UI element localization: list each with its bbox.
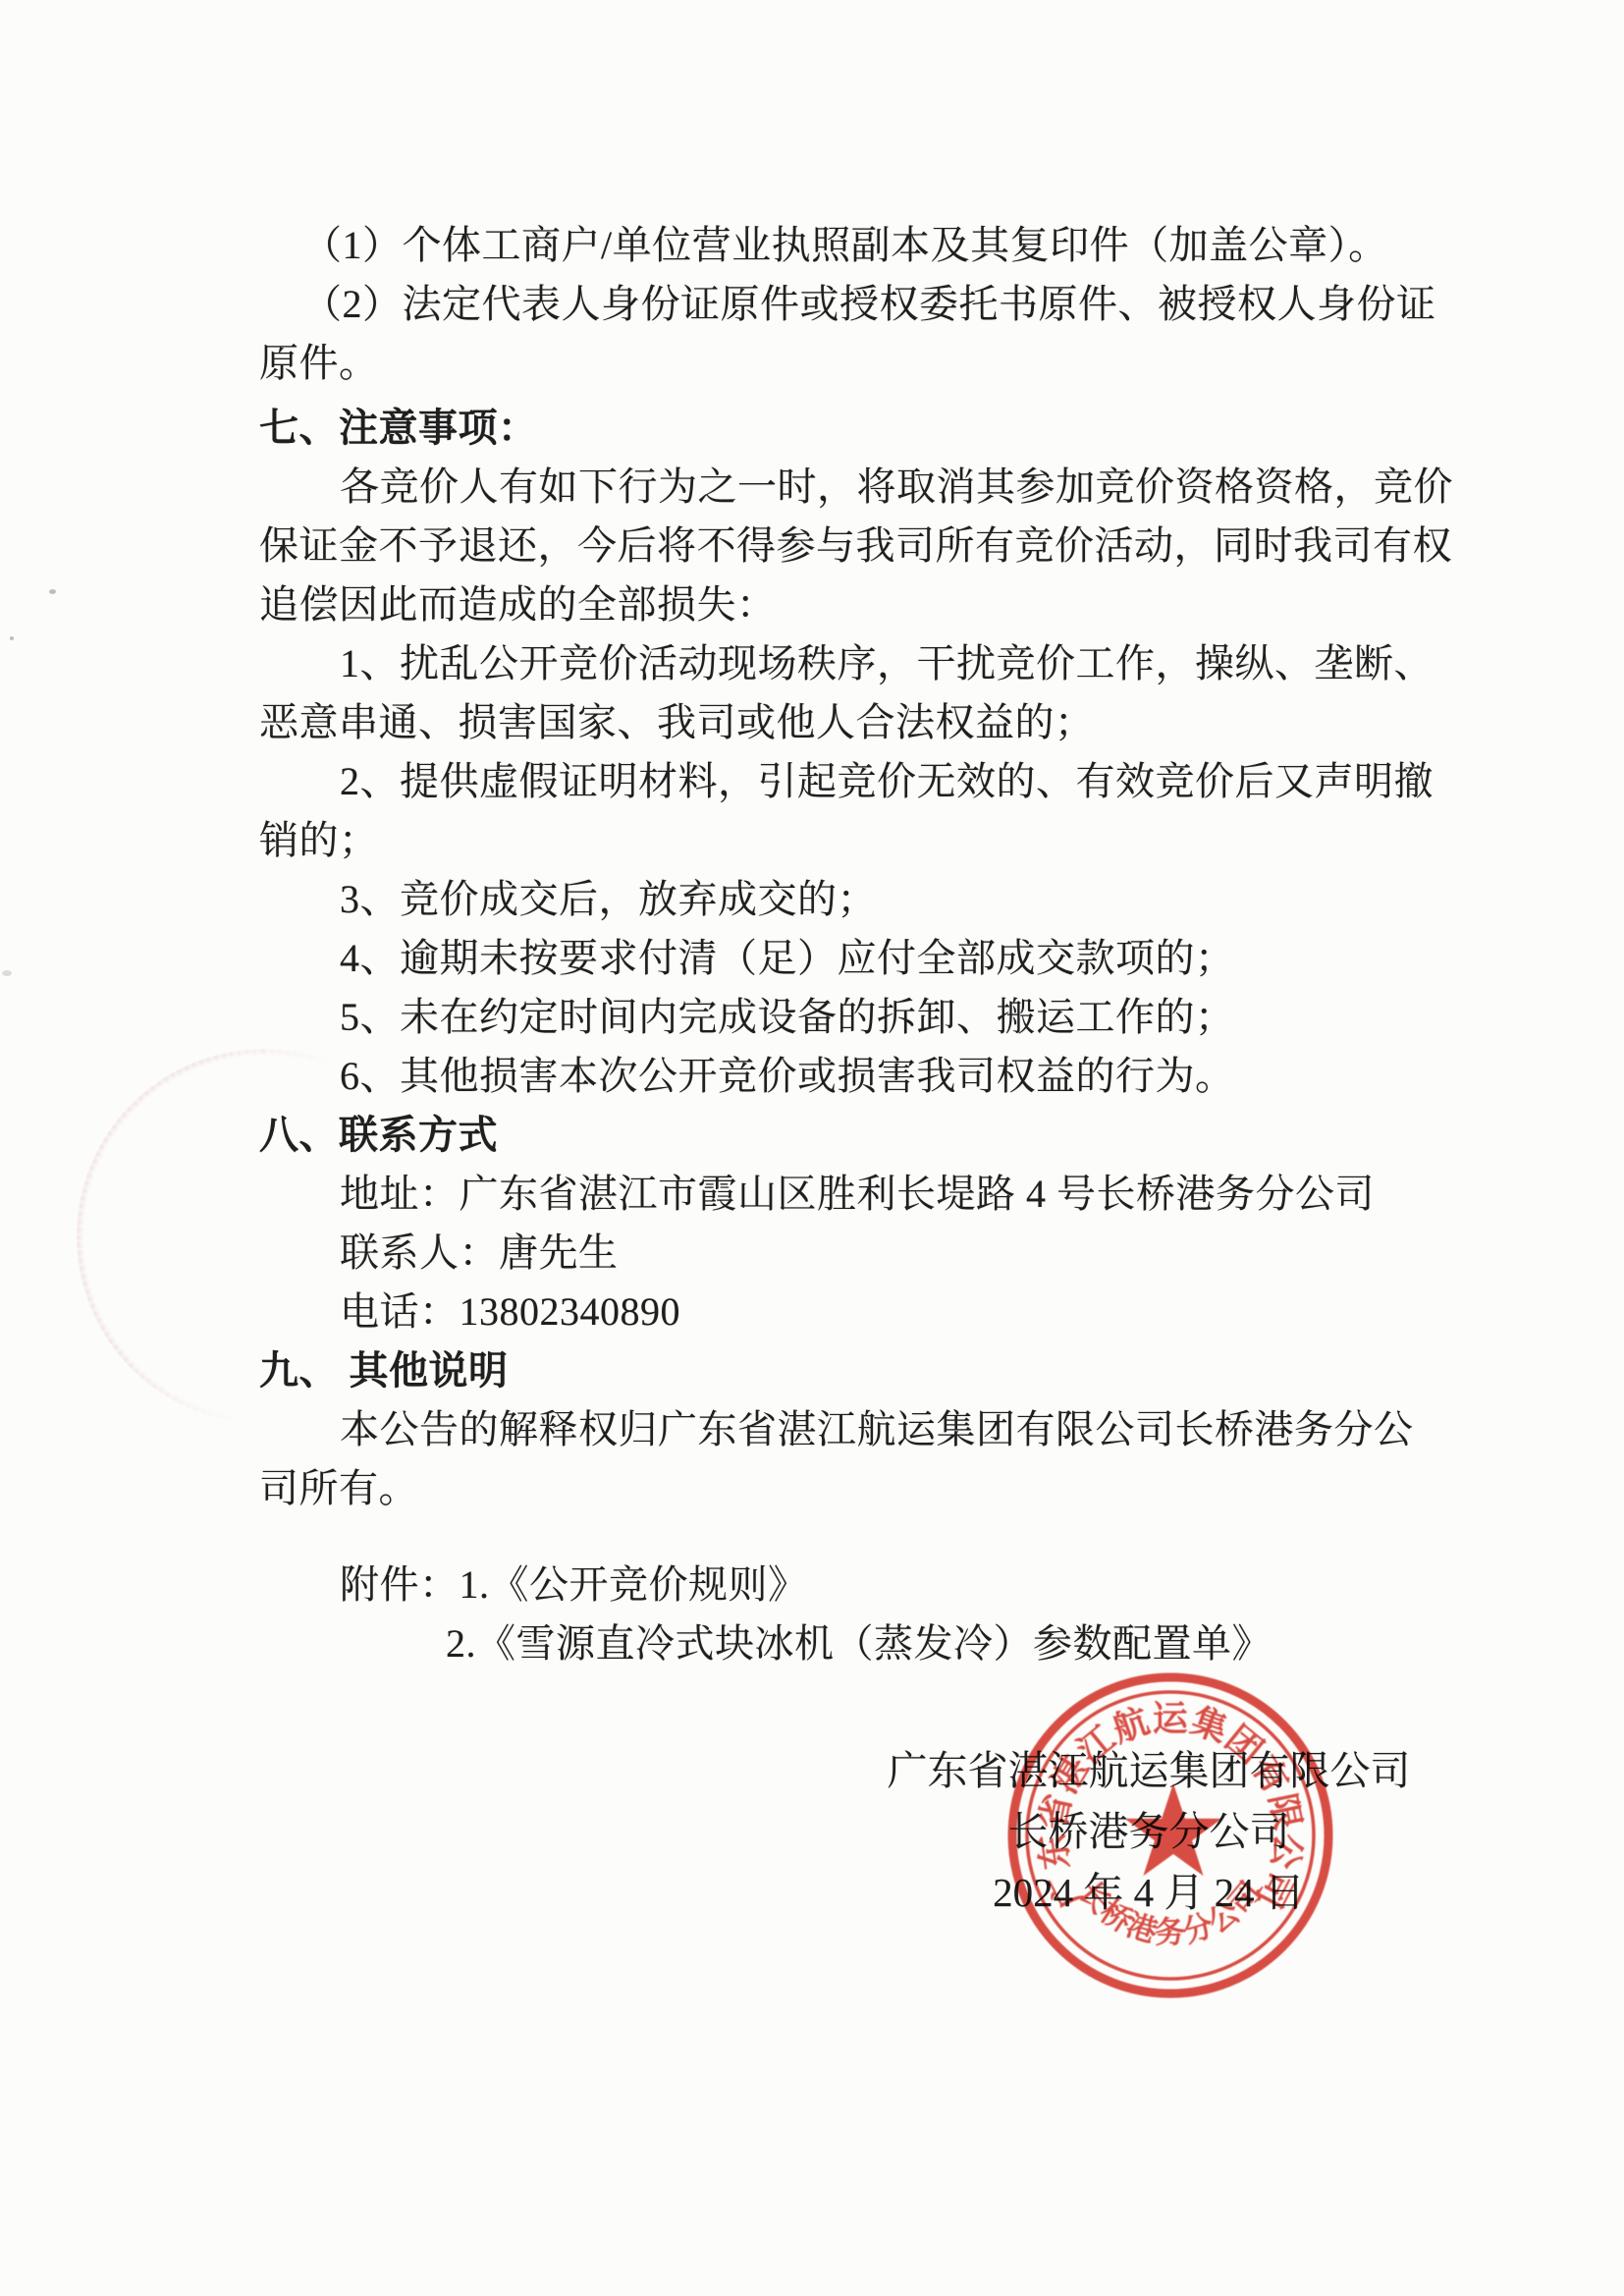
doc-line: 追偿因此而造成的全部损失： bbox=[259, 575, 1447, 634]
scan-speck bbox=[10, 636, 14, 640]
document-body: （1）个体工商户/单位营业执照副本及其复印件（加盖公章）。（2）法定代表人身份证… bbox=[259, 216, 1447, 1673]
doc-line: 6、其他损害本次公开竞价或损害我司权益的行为。 bbox=[340, 1047, 1447, 1106]
doc-line: 恶意串通、损害国家、我司或他人合法权益的； bbox=[259, 693, 1447, 752]
doc-line: 4、逾期未按要求付清（足）应付全部成交款项的； bbox=[340, 929, 1447, 988]
doc-heading-line: 七、注意事项： bbox=[259, 399, 1447, 458]
doc-heading-line: 八、联系方式 bbox=[259, 1106, 1447, 1165]
doc-line: （2）法定代表人身份证原件或授权委托书原件、被授权人身份证 bbox=[302, 275, 1447, 334]
doc-line: 联系人：唐先生 bbox=[340, 1224, 1447, 1283]
doc-line: 3、竞价成交后，放弃成交的； bbox=[340, 870, 1447, 929]
doc-line: 本公告的解释权归广东省湛江航运集团有限公司长桥港务分公 bbox=[340, 1400, 1447, 1459]
doc-line: 原件。 bbox=[259, 334, 1447, 393]
doc-line: 销的； bbox=[259, 811, 1447, 870]
doc-line: 1、扰乱公开竞价活动现场秩序，干扰竞价工作，操纵、垄断、 bbox=[340, 634, 1447, 693]
document-page: （1）个体工商户/单位营业执照副本及其复印件（加盖公章）。（2）法定代表人身份证… bbox=[0, 0, 1624, 2296]
star-icon bbox=[1125, 1783, 1222, 1876]
doc-line: 各竞价人有如下行为之一时，将取消其参加竞价资格资格，竞价 bbox=[340, 458, 1447, 517]
doc-line: 5、未在约定时间内完成设备的拆卸、搬运工作的； bbox=[340, 988, 1447, 1047]
doc-line: 2、提供虚假证明材料，引起竞价无效的、有效竞价后又声明撤 bbox=[340, 752, 1447, 811]
doc-line: 司所有。 bbox=[259, 1459, 1447, 1518]
doc-line: 电话：13802340890 bbox=[340, 1283, 1447, 1341]
doc-line: （1）个体工商户/单位营业执照副本及其复印件（加盖公章）。 bbox=[302, 216, 1447, 275]
scan-speck bbox=[49, 589, 56, 594]
doc-line: 地址：广东省湛江市霞山区胜利长堤路 4 号长桥港务分公司 bbox=[340, 1165, 1447, 1224]
doc-heading-line: 九、 其他说明 bbox=[259, 1341, 1447, 1400]
doc-line: 保证金不予退还，今后将不得参与我司所有竞价活动，同时我司有权 bbox=[259, 517, 1447, 575]
doc-line: 附件：1.《公开竞价规则》 bbox=[340, 1556, 1447, 1614]
scan-speck bbox=[2, 970, 12, 976]
svg-text:长桥港务分公司: 长桥港务分公司 bbox=[1072, 1875, 1269, 1950]
seal-bottom-text: 长桥港务分公司 bbox=[1072, 1875, 1269, 1950]
official-seal-stamp: 广东省湛江航运集团有限公司 长桥港务分公司 bbox=[990, 1655, 1351, 2016]
